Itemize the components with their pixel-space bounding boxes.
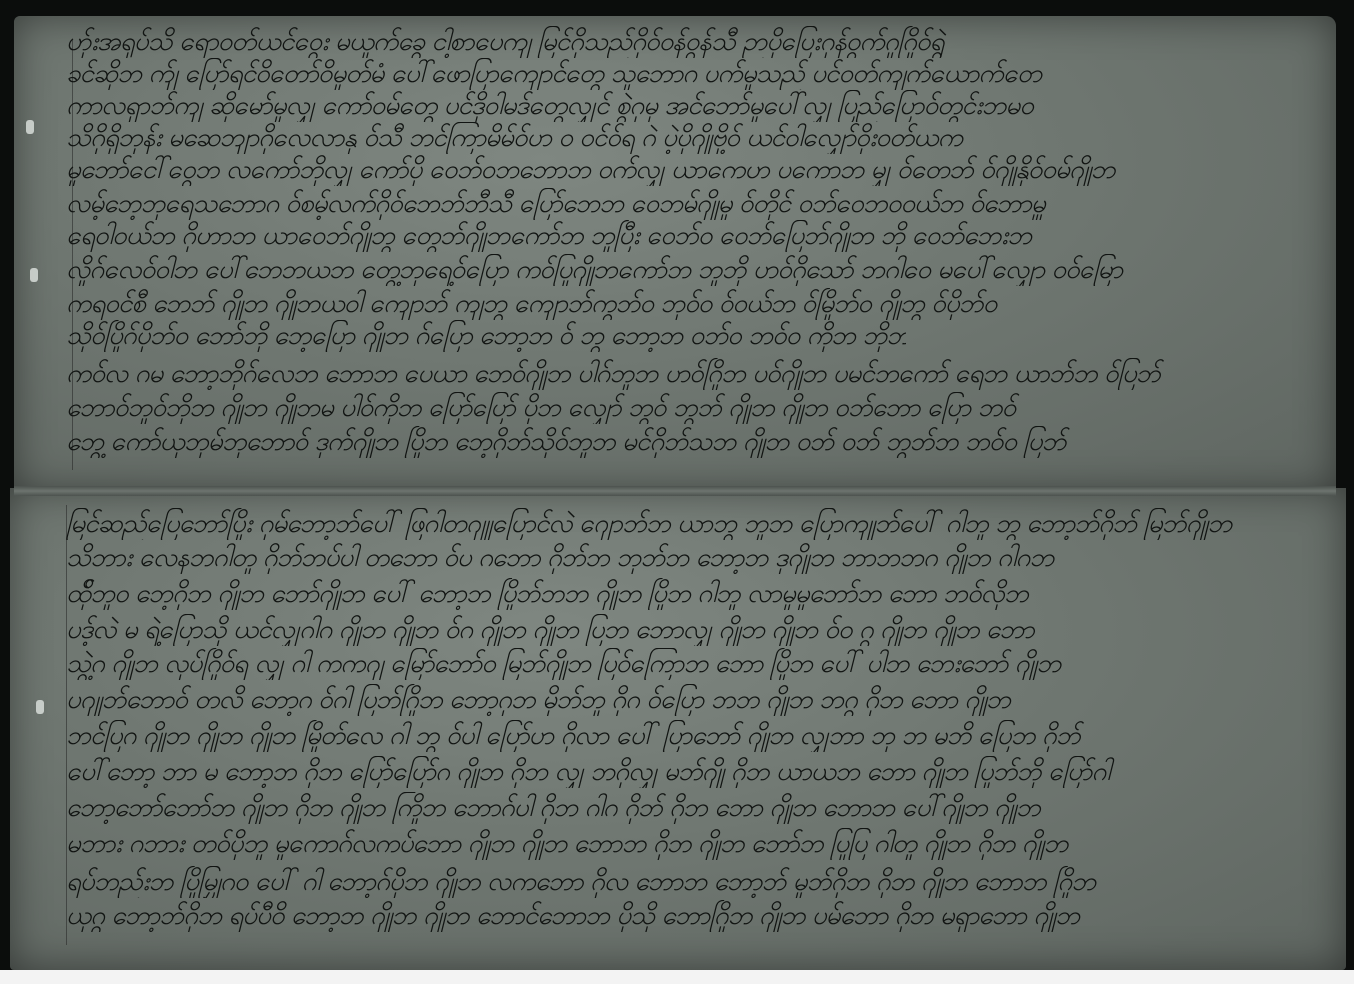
text-line: သိုဝ်ပြိုဂ်ပိုဘ်ဝ ဘော်ဘို ဘေ့ပြော ဂျိုဘ … bbox=[66, 320, 906, 352]
text-line: မြင်ဆည်ပြေဘော်ပြိုး ဂုမ်ဘော့ဘ်ပေါ် ဖြဂါတ… bbox=[66, 508, 1276, 540]
text-line: ခင်ဆိုဘ က်ျ ပြော်ရင်ဝိတော်ဝိမှုတ်မံ ပေါ်… bbox=[66, 58, 1246, 90]
text-line: ဘော့ဘော်ဘော်ဘ ဂျိုဘ ဂိုဘ ဂျိုဘ ကြိုဘ ဘော… bbox=[66, 792, 1326, 824]
text-line: ပဒ့်လဲ မ ရဲ့ပြောသို ယင်လျှဂါဂ ဂျိုဘ ဂျို… bbox=[66, 614, 1286, 646]
edge-damage bbox=[36, 700, 44, 714]
text-line: သိဘား လေနဘဂါတူ ဂိုဘ်ဘပ်ပါ တဘော ဝ်ပ ဂဘော … bbox=[66, 542, 1276, 574]
text-line: မဘား ဂဘား တဝ်ပိုဘူ မှုကောဂ်လကပ်ဘော ဂျိုဘ… bbox=[66, 828, 1336, 860]
text-line: ဘွေ့ ကော်ယုဘုမ်ဘုဘောဝ် ဒုက်ဂျိုဘ ပြိုဘ ဘ… bbox=[66, 426, 1206, 458]
text-line: ဘောဝ်ဘူဝ်ဘိုဘ ဂျိုဘ ဂျိုဘမ ပါဝ်ကိုဘ ပြော… bbox=[66, 392, 1306, 424]
text-line: ဘင်ပြဂ ဂျိုဘ ဂျိုဘ ဂျိုဘ မြိုတ်လေ ဂါ ဘွ … bbox=[66, 720, 1296, 752]
text-line: လှိုဂ်လေဝ်ဝါဘ ပေါ်ဘေဘယဘ တွေ့ဘုရေ့ဝ်ပြော … bbox=[66, 254, 1256, 286]
text-line: ကဝ်လ ဂမ ဘော့ဘိုဂ်လေဘ ဘောဘ ပေယာ ဘေဝ်ဂျိုဘ… bbox=[66, 358, 1216, 390]
text-line: မှုဘော်ငေါ်ဝွေဘ လကော်ဘိုလျှ ကော်ပှိ ဝေဘ်… bbox=[66, 154, 1306, 186]
text-line: ယုဂ္ဂ ဘော့ဘ်ဂိုဘ ရပ်ပီဝိ ဘော့ဘ ဂျိုဘ ဂျိ… bbox=[66, 900, 1246, 932]
text-line: လမ့်ဘေ့ဘုရေသဘောဂ ဝ်စမ့်လက်ဂိုဝ်ဘေဘ်ဘီသီ … bbox=[66, 188, 1286, 220]
text-line: ရေဝါဝယ်ဘ ဂိုဟာဘ ယာဝေဘ်ဂျိုဘွ တွေဘ်ဂျိုဘက… bbox=[66, 220, 1296, 252]
text-line: ထ်ိုဘူဝ ဘေ့ဂိုဘ ဂျိုဘ ဘော်ဂျိုဘ ပေါ် ဘော… bbox=[66, 578, 1286, 610]
text-line: ပဂျုဘ်ဘောဝ် တလိ ဘော့ဂ ဝ်ဂါ ပြဘ်ဂြိုဘ ဘော… bbox=[66, 684, 1276, 716]
leaf-fold-shadow bbox=[14, 486, 1336, 496]
text-line: ဟ်ုးအရုပ်သိ ရောဝတ်ယင်ဝွေး မယူက်ခွေ ငါ့စာ… bbox=[66, 26, 1296, 58]
edge-damage bbox=[30, 268, 38, 282]
text-line: သွဲ့ဂ ဂျိုဘ လုပ်ဂြိုဝ်ရ လျှ ဂါ ကကဂျ မြော… bbox=[66, 648, 1286, 680]
text-line: ရပ်ဘည်းဘ ပြိုမြှုဂဝ ပေါ် ဂါ ဘော့ဂ်ပိုဘ ဂ… bbox=[66, 866, 1306, 898]
text-line: ပေါ်ဘော့ ဘာ မ ဘော့ဘ ဂိုဘ ပြော်ပြော်ဂ ဂျိ… bbox=[66, 756, 1306, 788]
edge-damage bbox=[26, 120, 34, 134]
text-line: ကရဝင်စီ ဘေဘ် ဂျိုဘ ဂျိုဘယဝါ ကျောဘ် ကျဘွ … bbox=[66, 288, 1276, 320]
text-line: ကာလရှာဘ်ကျ ဆိုမော်မှုလျှ ကော်ဝမ်တွေ ပင်ဒ… bbox=[66, 90, 1316, 122]
photo-bottom-edge bbox=[0, 970, 1354, 984]
text-line: သိဂိုရှိဘုန်း မဆေဘျာဂိုလေလာနှ ဝ်သီ ဘင်ကြ… bbox=[66, 122, 1296, 154]
